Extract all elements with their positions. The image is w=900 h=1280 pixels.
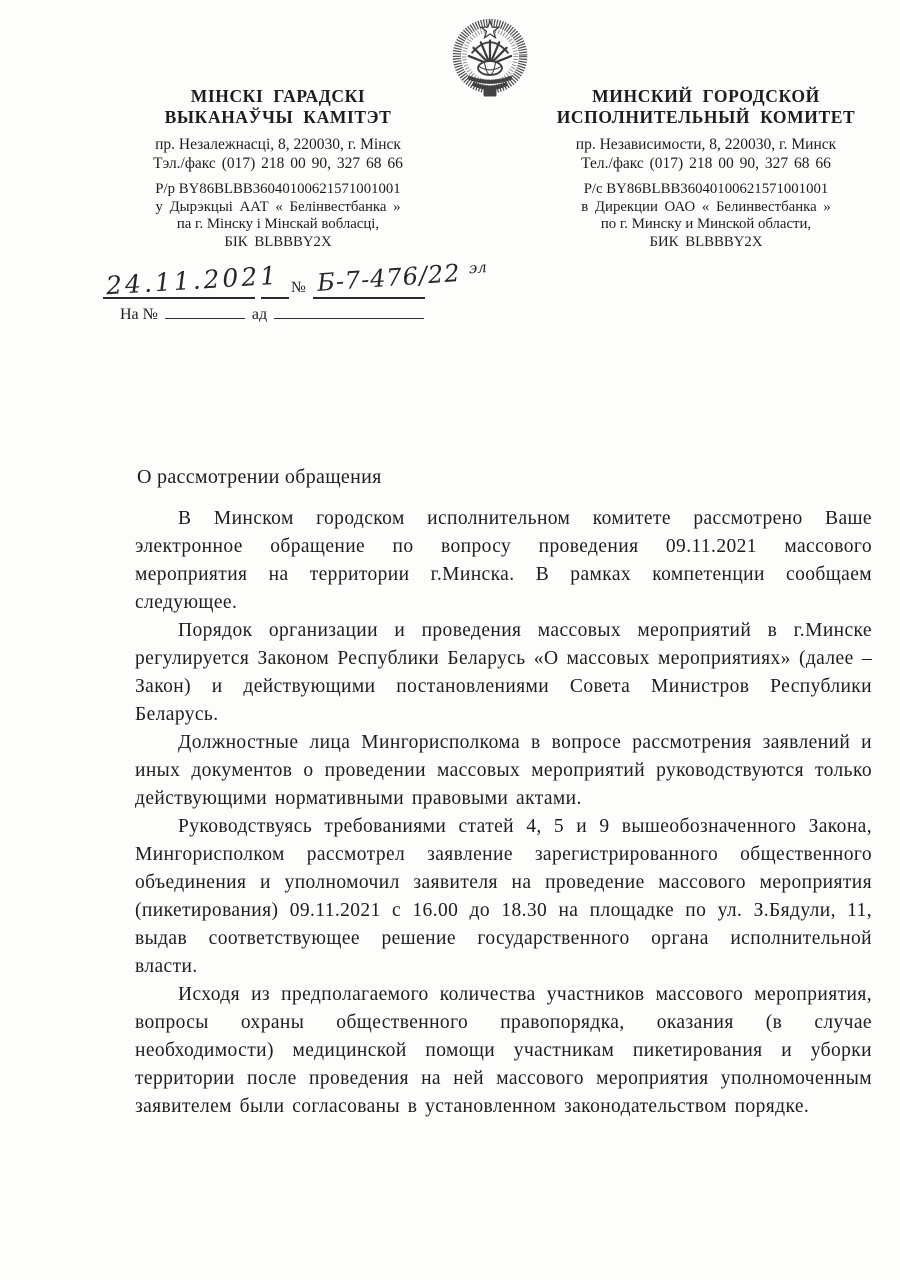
from-label: ад [252, 306, 267, 323]
blank-line-number [165, 305, 245, 319]
incoming-reference-line: На №ад [120, 305, 431, 324]
number-label: № [291, 279, 306, 297]
paragraph-4: Руководствуясь требованиями статей 4, 5 … [135, 813, 872, 981]
paragraph-1: В Минском городском исполнительном комит… [135, 505, 872, 617]
handwritten-number: Б-7-476/22 эл [316, 257, 488, 297]
number-underline [313, 297, 425, 299]
handwritten-number-suffix: эл [468, 258, 487, 277]
gap-underline [261, 297, 289, 299]
document-page: МІНСКІ ГАРАДСКІ ВЫКАНАЎЧЫ КАМІТЭТ пр. Не… [0, 0, 900, 1280]
blank-line-date [274, 305, 424, 319]
letter-body: В Минском городском исполнительном комит… [135, 505, 872, 1121]
handwritten-number-text: Б-7-476/22 [316, 259, 461, 297]
handwritten-date: 24.11.2021 [105, 261, 280, 301]
paragraph-3: Должностные лица Мингорисполкома в вопро… [135, 729, 872, 813]
paragraph-5: Исходя из предполагаемого количества уча… [135, 981, 872, 1121]
paragraph-2: Порядок организации и проведения массовы… [135, 617, 872, 729]
subject-line: О рассмотрении обращения [137, 466, 382, 489]
on-number-label: На № [120, 306, 158, 323]
